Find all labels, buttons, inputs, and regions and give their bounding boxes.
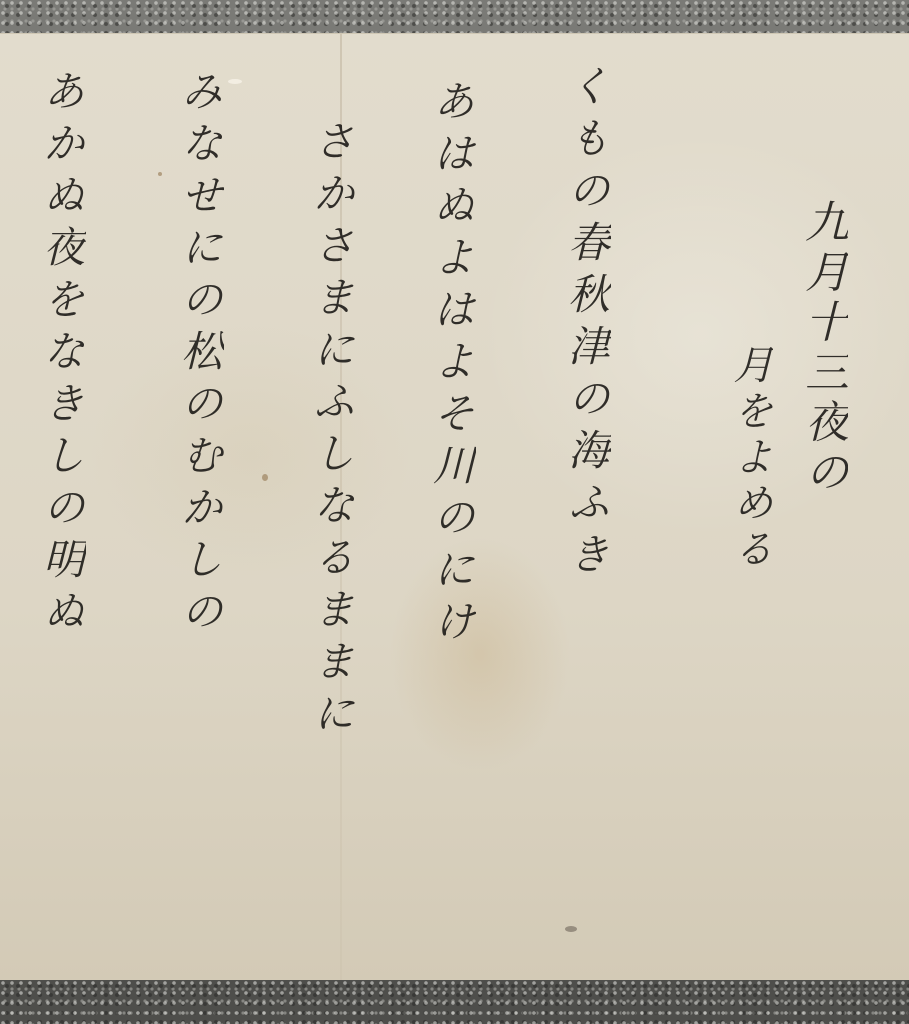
carpet-background-bottom (0, 980, 909, 1024)
foxing-spot (262, 474, 268, 481)
paper-chip (228, 79, 242, 84)
heading-line-1: 九月十三夜の (800, 199, 844, 719)
calligraphy-paper: 九月十三夜の 月をよめる くもの春秋津の海ふき あはぬよはよそ川のにけ さかさま… (0, 33, 909, 988)
poem-column-5: あかぬ夜をなきしの明ぬ (40, 69, 82, 969)
carpet-background-top (0, 0, 909, 36)
poem-column-2: あはぬよはよそ川のにけ (430, 79, 472, 959)
heading-line-2: 月をよめる (730, 344, 770, 764)
poem-column-4: みなせにの松のむかしの (178, 69, 220, 969)
poem-column-1: くもの春秋津の海ふき (565, 64, 607, 944)
poem-column-3: さかさまにふしなるままに (310, 119, 352, 939)
foxing-spot (158, 172, 162, 176)
